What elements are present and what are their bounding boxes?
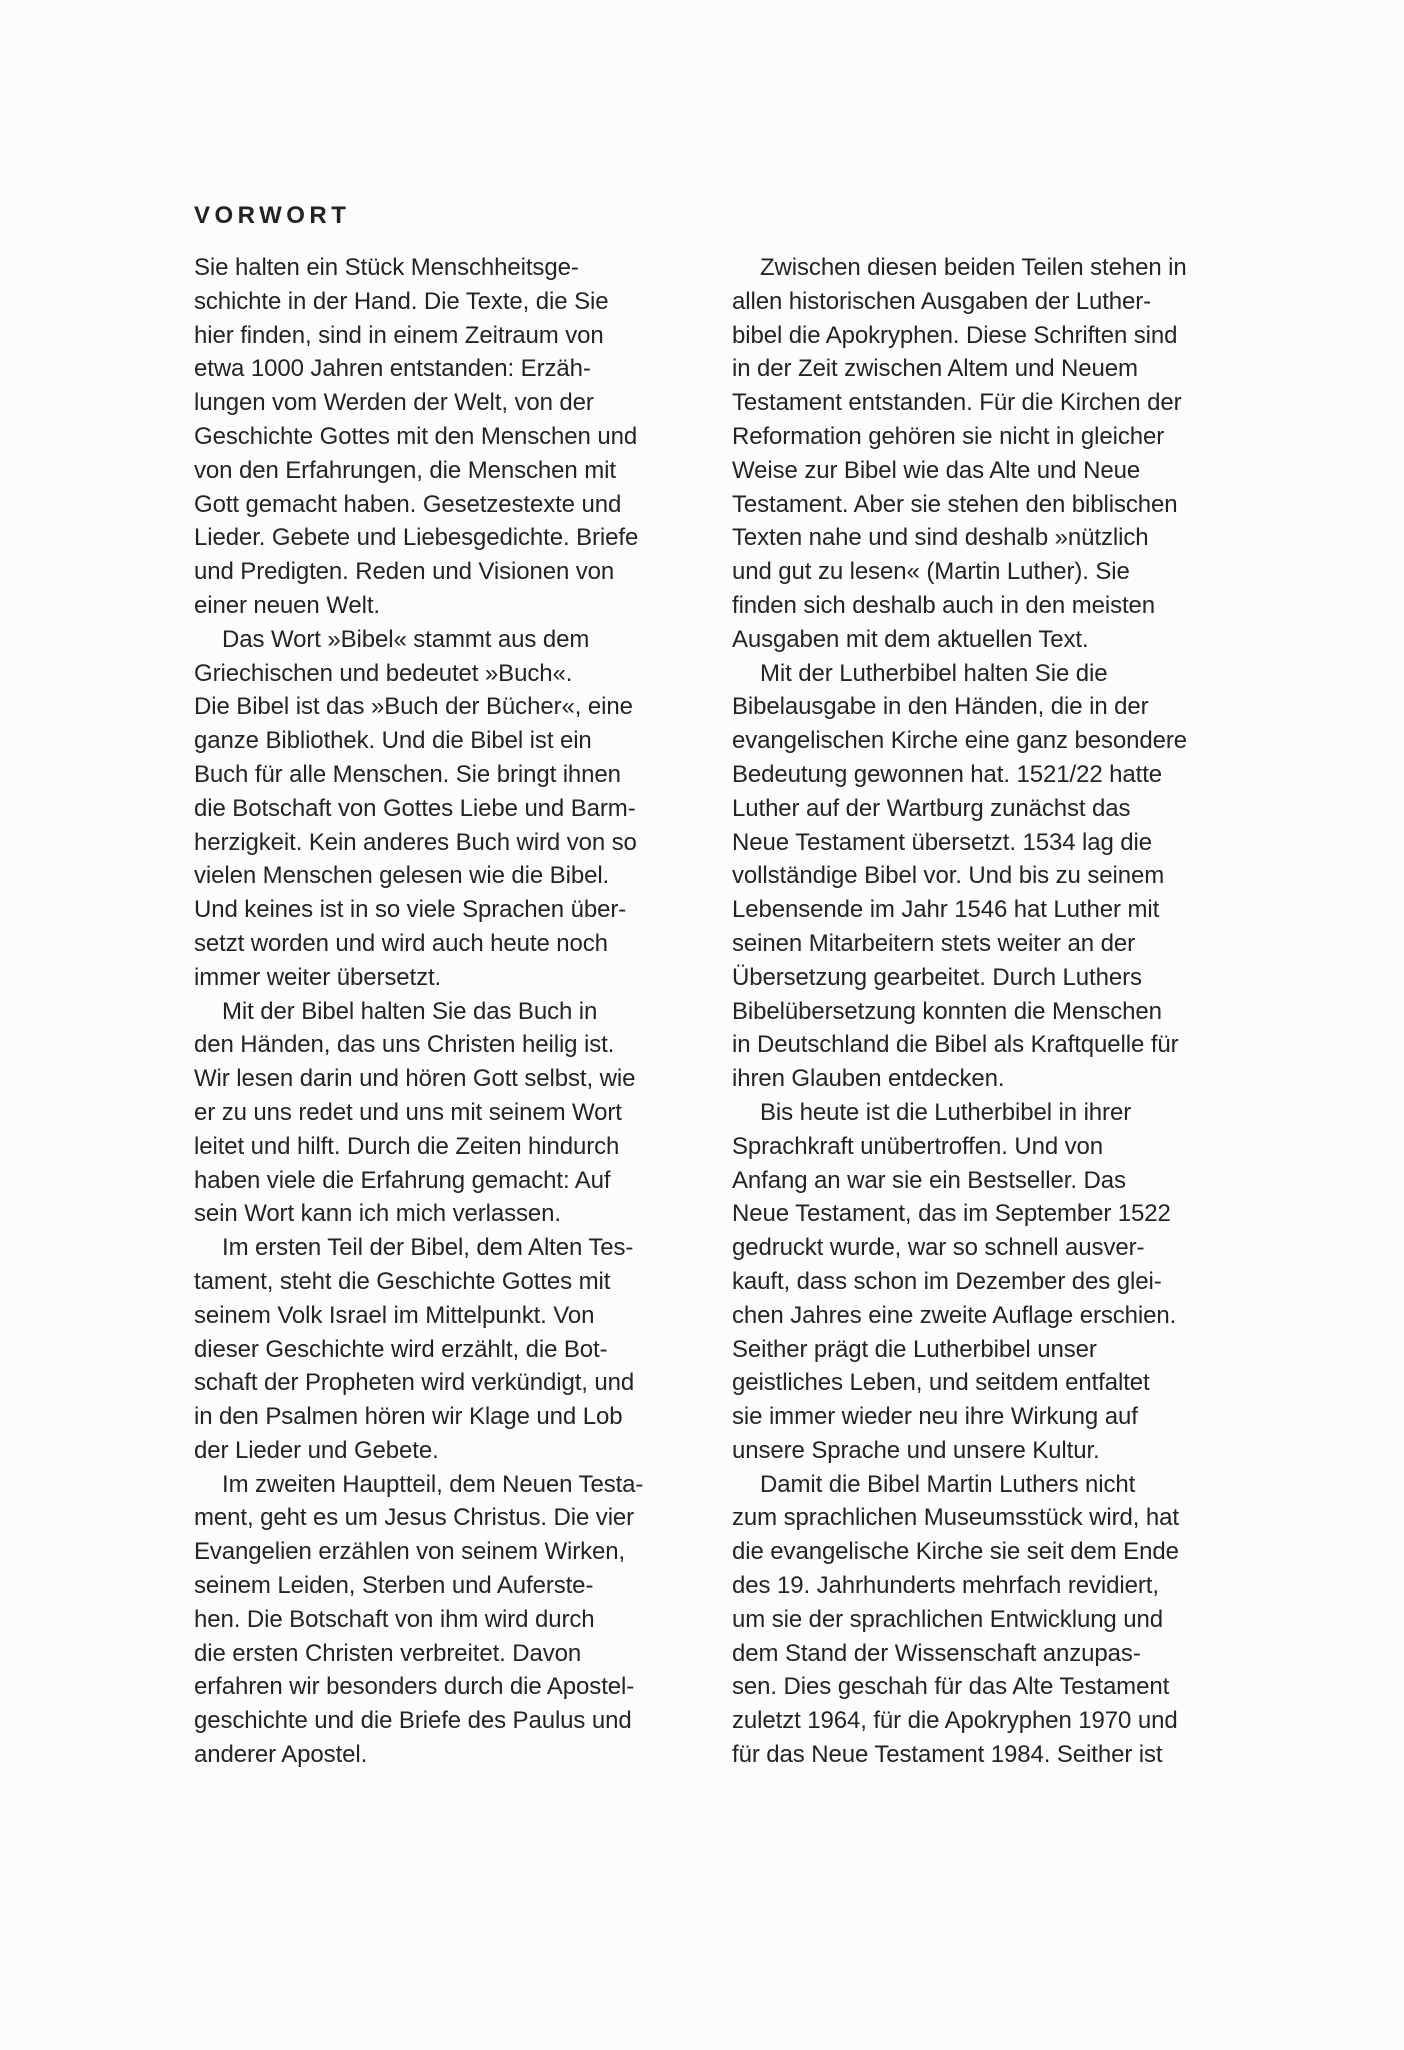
right-column: Zwischen diesen beiden Teilen stehen in … xyxy=(732,251,1244,1772)
paragraph-word-bibel: Das Wort »Bibel« stammt aus dem Griechis… xyxy=(194,623,706,995)
paragraph-old-testament: Im ersten Teil der Bibel, dem Alten Tes-… xyxy=(194,1231,706,1468)
paragraph-apokryphen: Zwischen diesen beiden Teilen stehen in … xyxy=(732,251,1244,657)
paragraph-bestseller: Bis heute ist die Lutherbibel in ihrer S… xyxy=(732,1096,1244,1468)
left-column: Sie halten ein Stück Menschheitsge- schi… xyxy=(194,251,706,1772)
text-columns: Sie halten ein Stück Menschheitsge- schi… xyxy=(194,251,1244,1772)
book-page: VORWORT Sie halten ein Stück Menschheits… xyxy=(0,0,1404,2050)
page-title: VORWORT xyxy=(194,202,350,230)
paragraph-revisions: Damit die Bibel Martin Luthers nicht zum… xyxy=(732,1468,1244,1772)
paragraph-new-testament: Im zweiten Hauptteil, dem Neuen Testa- m… xyxy=(194,1468,706,1772)
paragraph-intro: Sie halten ein Stück Menschheitsge- schi… xyxy=(194,251,706,623)
paragraph-holy-book: Mit der Bibel halten Sie das Buch in den… xyxy=(194,995,706,1232)
paragraph-lutherbibel-history: Mit der Lutherbibel halten Sie die Bibel… xyxy=(732,657,1244,1096)
